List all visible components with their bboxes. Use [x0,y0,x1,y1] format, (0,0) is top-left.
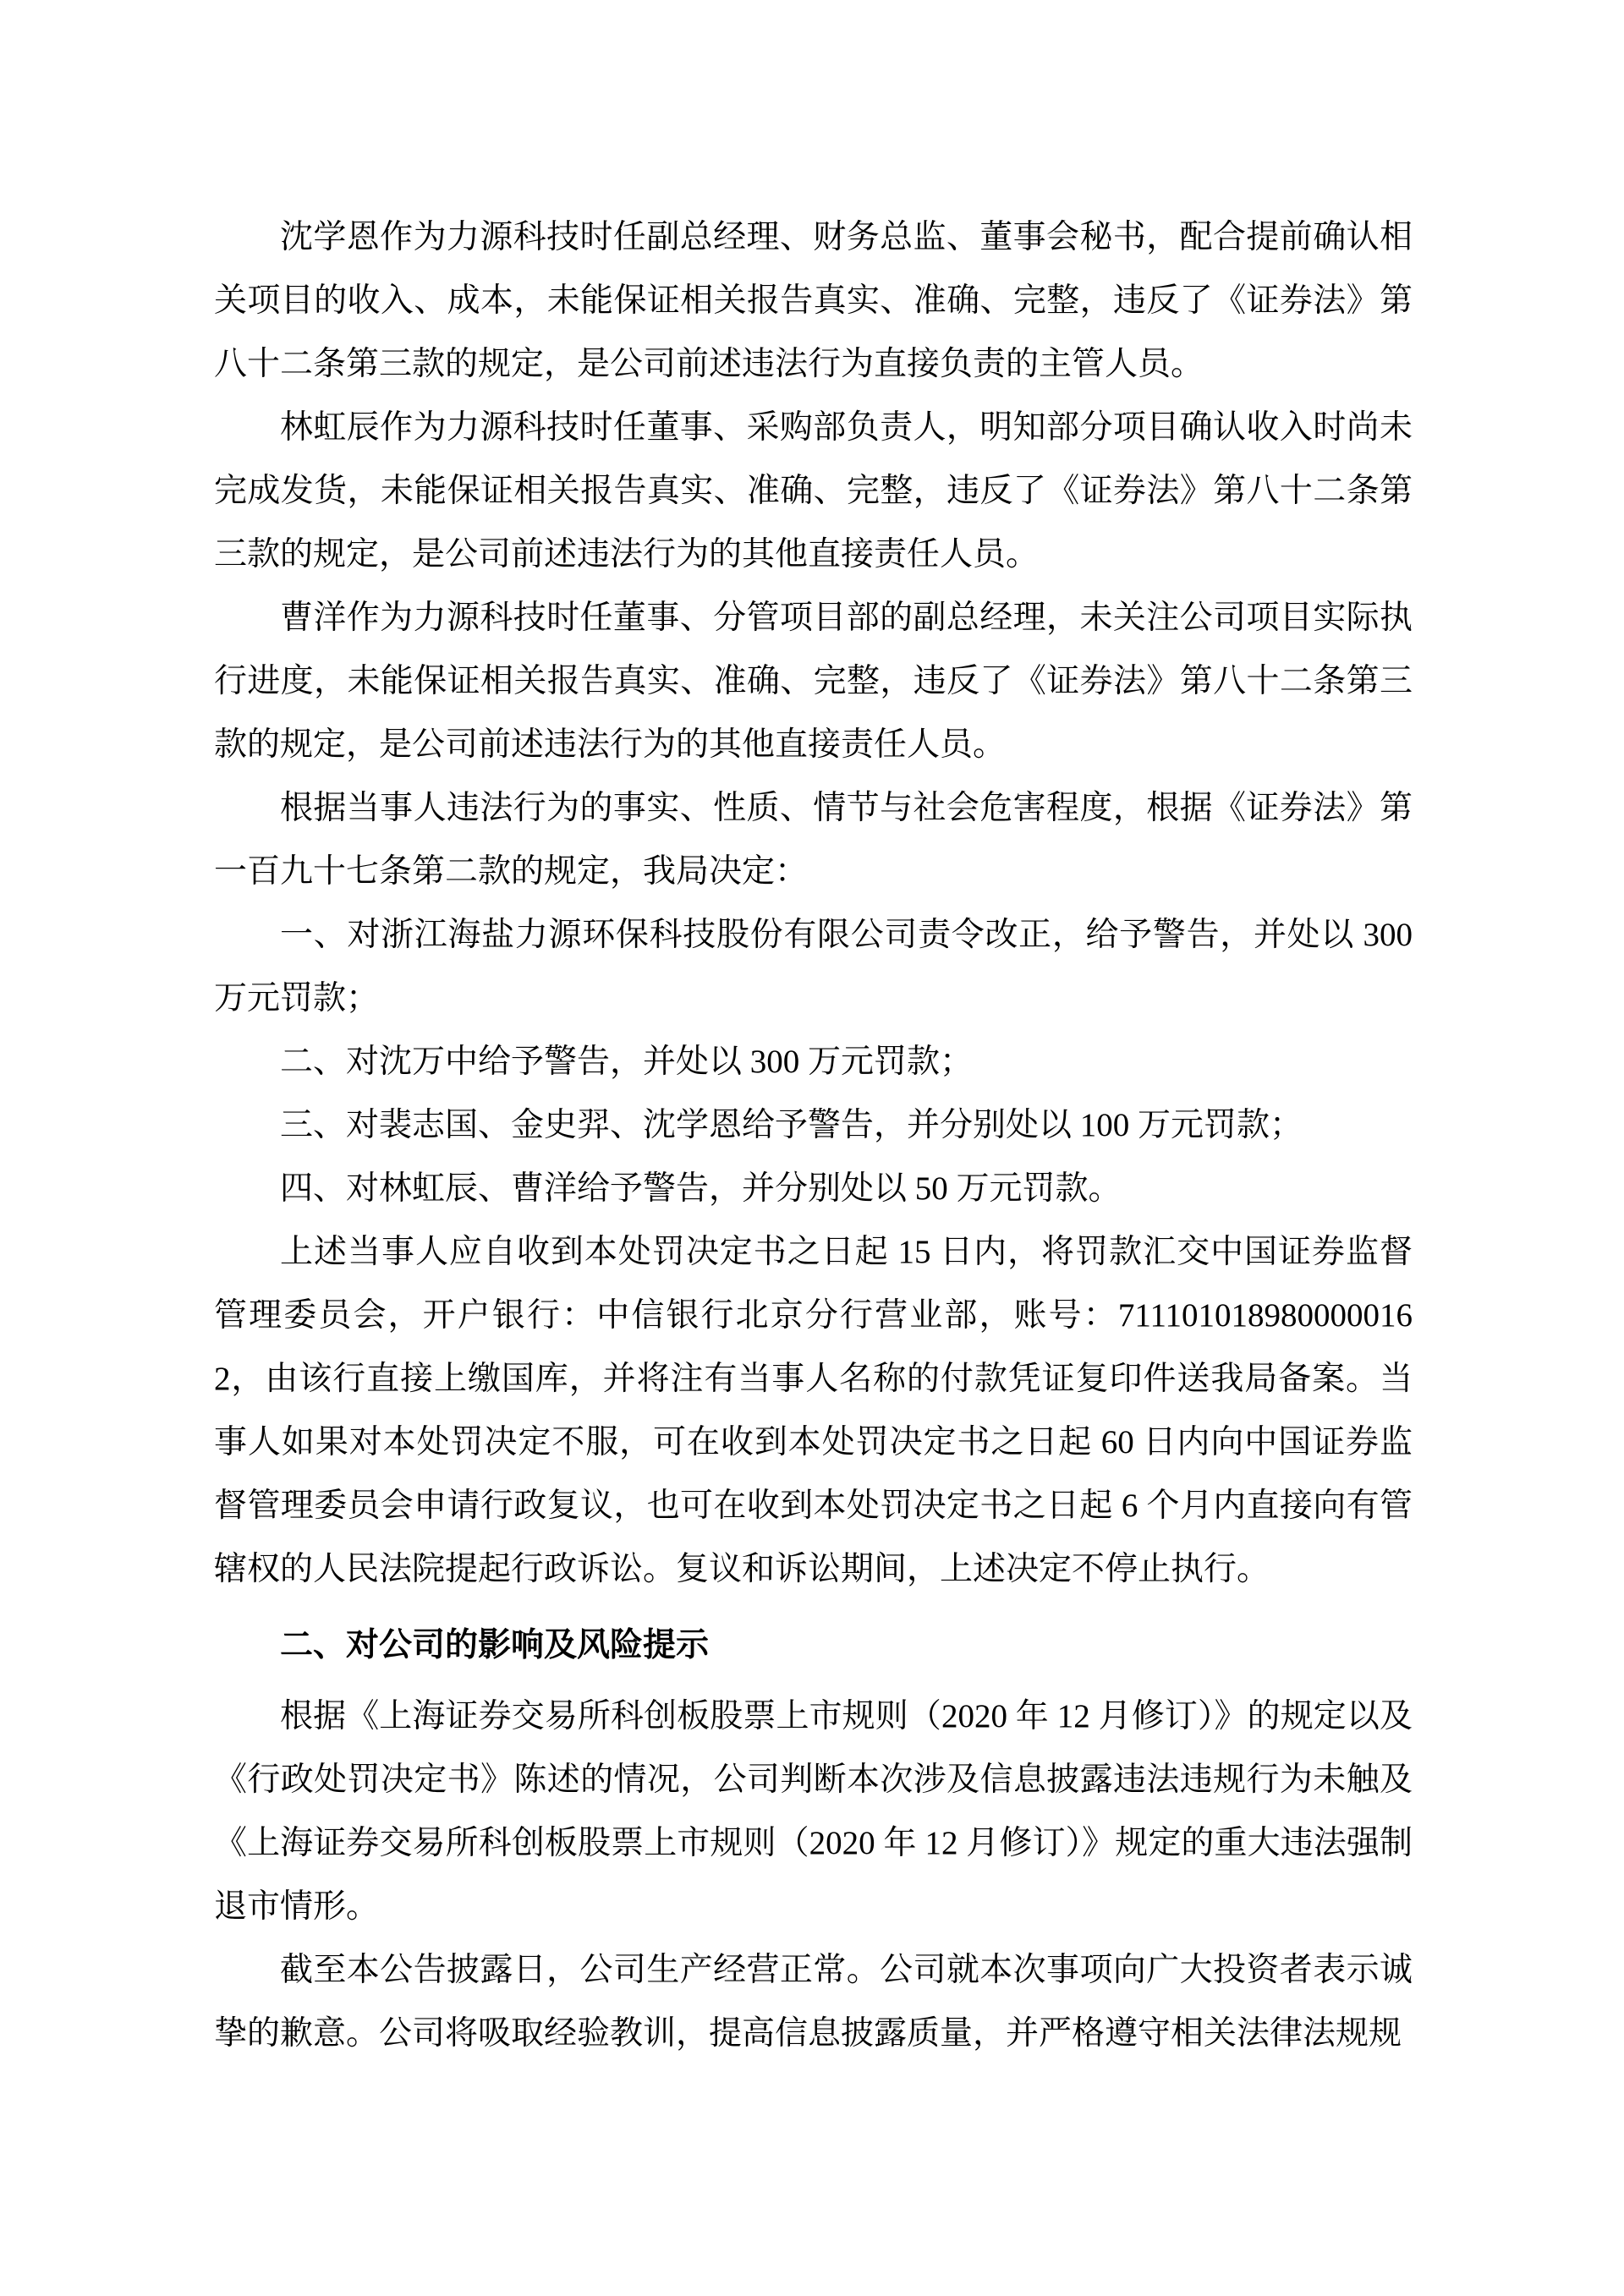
penalty-item-pei-jin-shen: 三、对裴志国、金史羿、沈学恩给予警告，并分别处以 100 万元罚款； [214,1093,1413,1157]
penalty-item-lin-cao: 四、对林虹辰、曹洋给予警告，并分别处以 50 万元罚款。 [214,1157,1413,1220]
section-heading-company-impact: 二、对公司的影响及风险提示 [214,1614,1413,1677]
penalty-item-company: 一、对浙江海盐力源环保科技股份有限公司责令改正，给予警告，并处以 300 万元罚… [214,903,1413,1030]
paragraph-payment-and-appeal: 上述当事人应自收到本处罚决定书之日起 15 日内，将罚款汇交中国证券监督管理委员… [214,1220,1413,1601]
paragraph-decision-basis: 根据当事人违法行为的事实、性质、情节与社会危害程度，根据《证券法》第一百九十七条… [214,776,1413,903]
document-page: 沈学恩作为力源科技时任副总经理、财务总监、董事会秘书，配合提前确认相关项目的收入… [0,0,1624,2296]
paragraph-shen-xueen-liability: 沈学恩作为力源科技时任副总经理、财务总监、董事会秘书，配合提前确认相关项目的收入… [214,205,1413,396]
penalty-item-shen-wanzhong: 二、对沈万中给予警告，并处以 300 万元罚款； [214,1030,1413,1093]
paragraph-delisting-risk-assessment: 根据《上海证券交易所科创板股票上市规则（2020 年 12 月修订）》的规定以及… [214,1685,1413,1938]
paragraph-cao-yang-liability: 曹洋作为力源科技时任董事、分管项目部的副总经理，未关注公司项目实际执行进度，未能… [214,586,1413,776]
paragraph-company-apology: 截至本公告披露日，公司生产经营正常。公司就本次事项向广大投资者表示诚挚的歉意。公… [214,1938,1413,2065]
paragraph-lin-hongchen-liability: 林虹辰作为力源科技时任董事、采购部负责人，明知部分项目确认收入时尚未完成发货，未… [214,396,1413,586]
